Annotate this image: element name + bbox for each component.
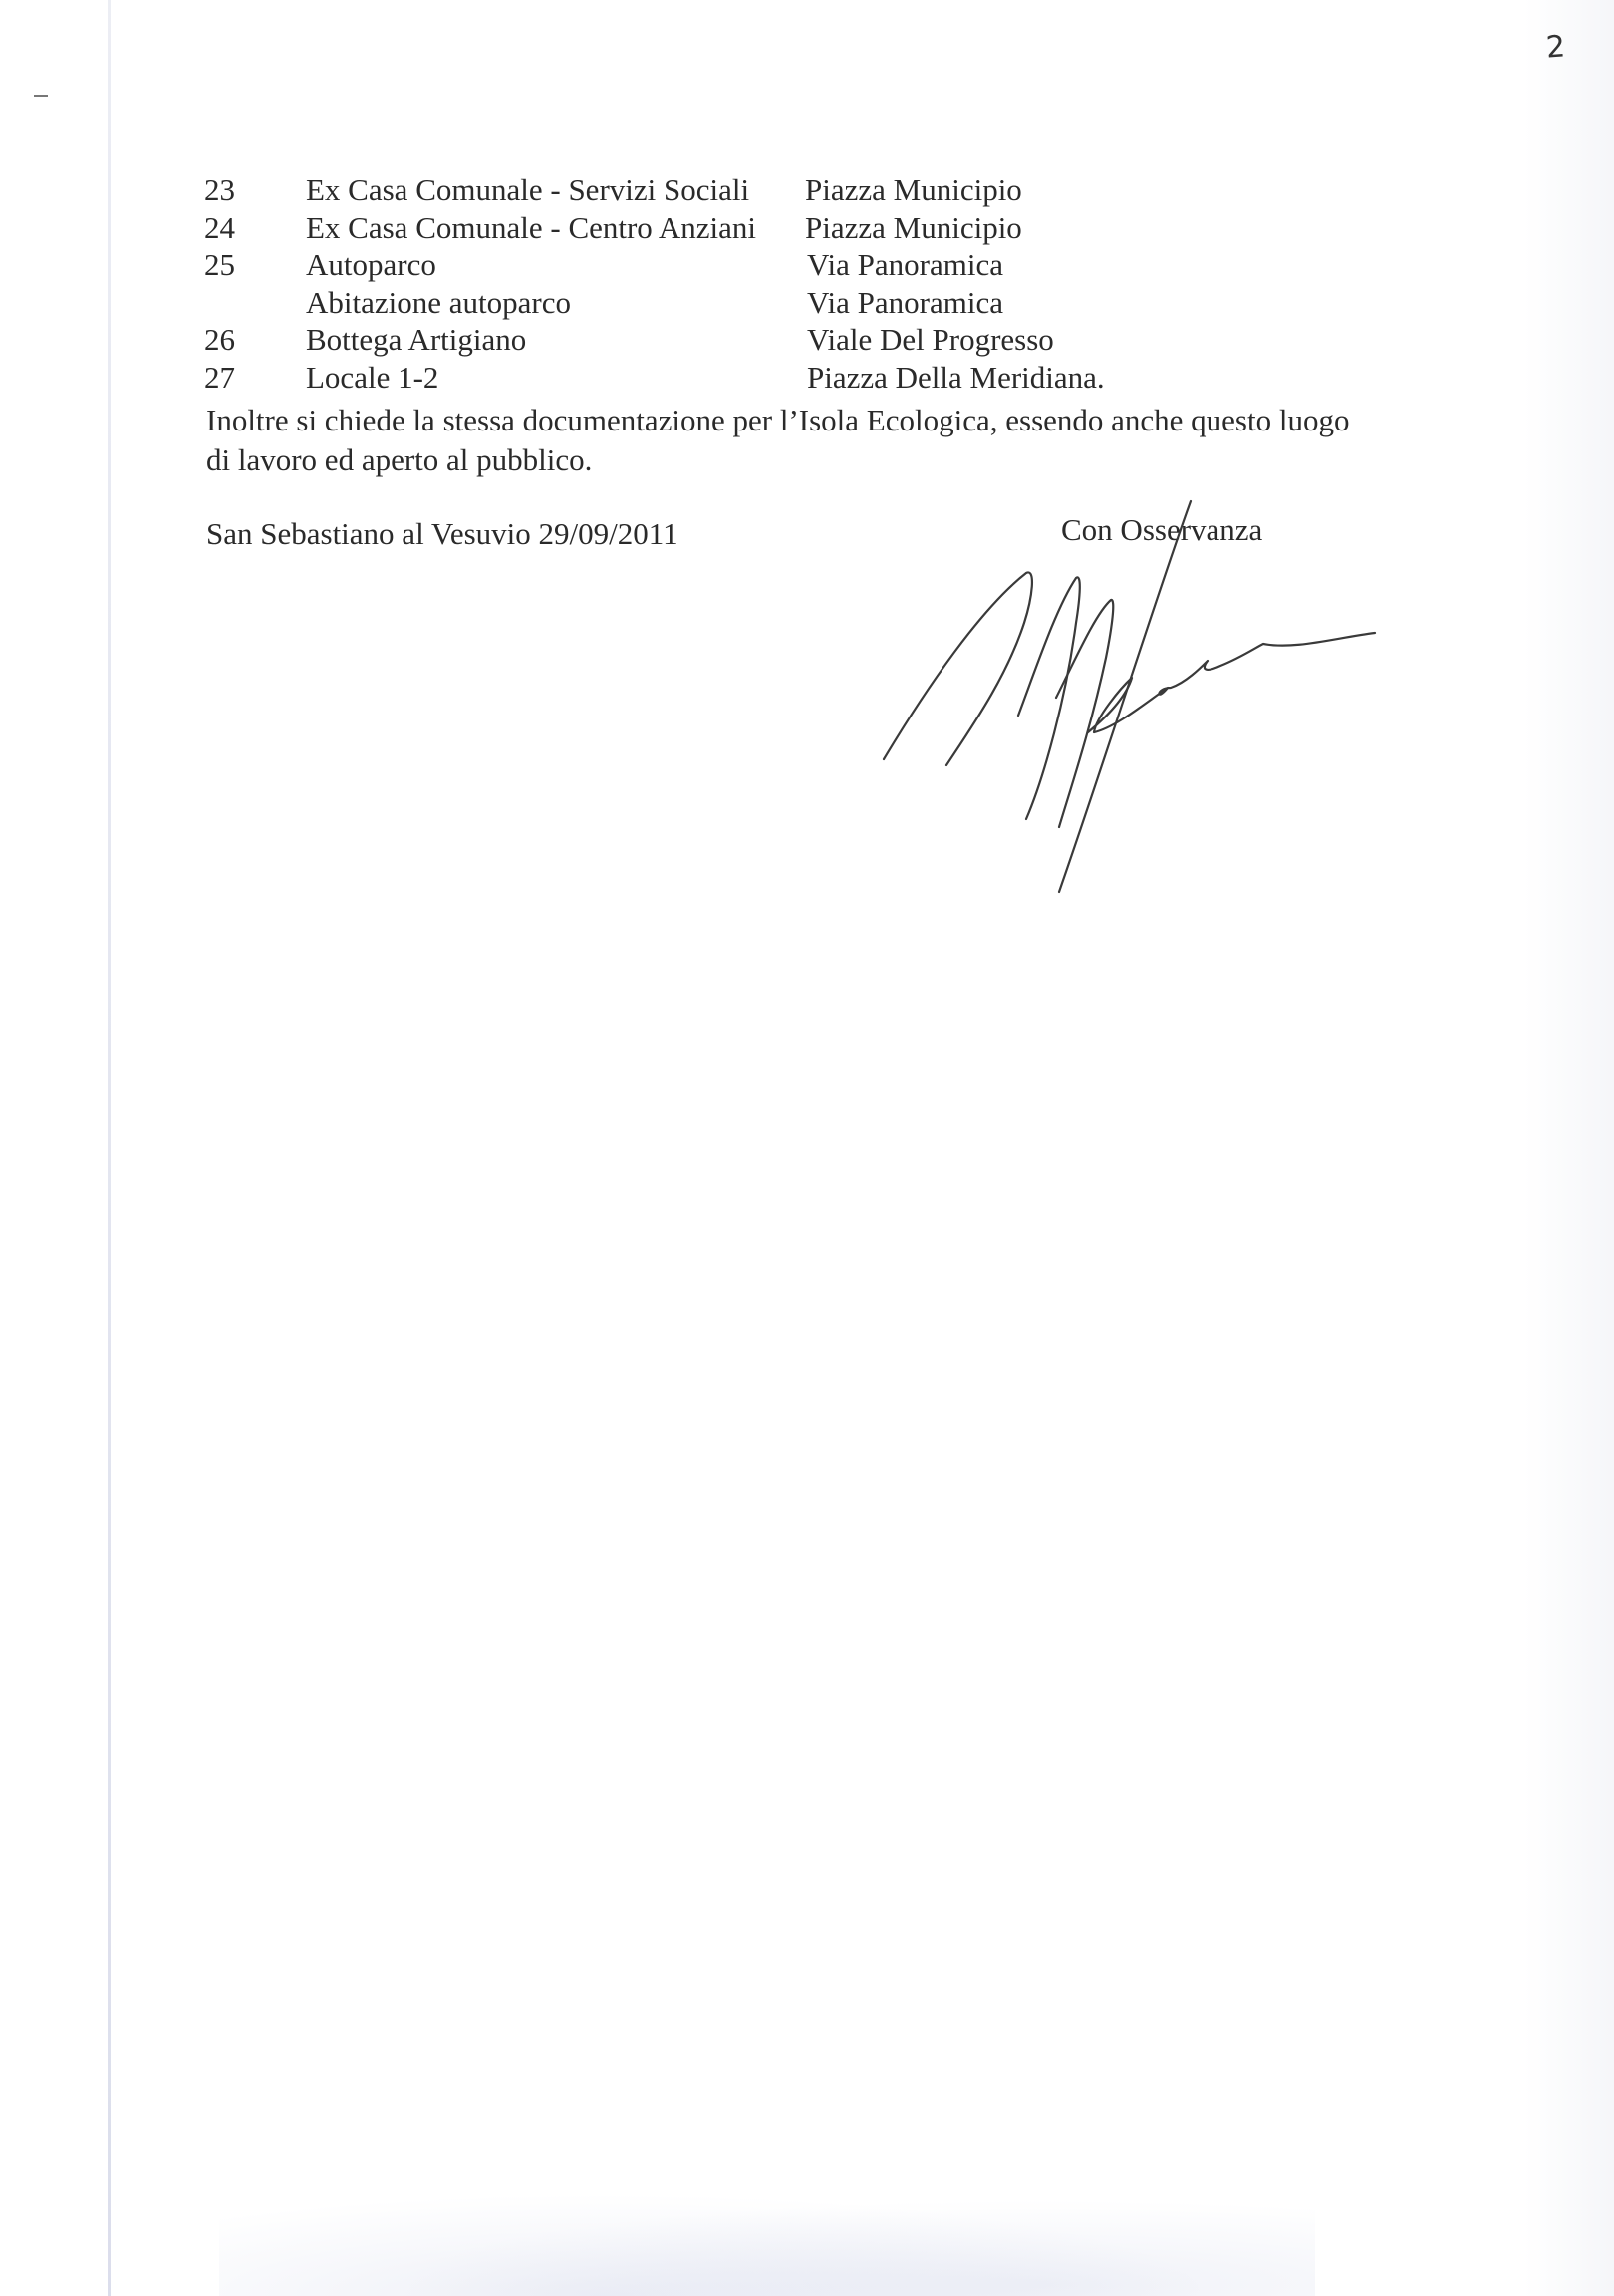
scan-noise-bottom (219, 2176, 1315, 2296)
stray-mark (34, 95, 48, 97)
handwritten-page-number: 2 (1545, 29, 1566, 65)
item-name: Autoparco (306, 246, 436, 284)
item-number: 25 (204, 246, 235, 284)
item-location: Piazza Della Meridiana. (807, 359, 1105, 397)
item-number: 23 (204, 171, 235, 209)
item-number: 26 (204, 321, 235, 359)
item-name: Ex Casa Comunale - Servizi Sociali (306, 171, 749, 209)
item-name: Bottega Artigiano (306, 321, 526, 359)
item-location: Piazza Municipio (805, 171, 1022, 209)
item-location: Viale Del Progresso (807, 321, 1054, 359)
scan-edge-line (108, 0, 111, 2296)
item-number: 27 (204, 359, 235, 397)
item-name: Abitazione autoparco (306, 284, 571, 322)
scan-noise-right (1524, 0, 1614, 2296)
place-and-date: San Sebastiano al Vesuvio 29/09/2011 (206, 516, 678, 552)
closing-salutation: Con Osservanza (1061, 512, 1262, 548)
paragraph-line-1: Inoltre si chiede la stessa documentazio… (206, 401, 1501, 440)
paragraph-line-2: di lavoro ed aperto al pubblico. (206, 440, 1501, 480)
item-name: Locale 1-2 (306, 359, 438, 397)
item-location: Via Panoramica (807, 284, 1003, 322)
item-location: Via Panoramica (807, 246, 1003, 284)
item-number: 24 (204, 209, 235, 247)
item-name: Ex Casa Comunale - Centro Anziani (306, 209, 756, 247)
item-location: Piazza Municipio (805, 209, 1022, 247)
request-paragraph: Inoltre si chiede la stessa documentazio… (206, 401, 1501, 480)
